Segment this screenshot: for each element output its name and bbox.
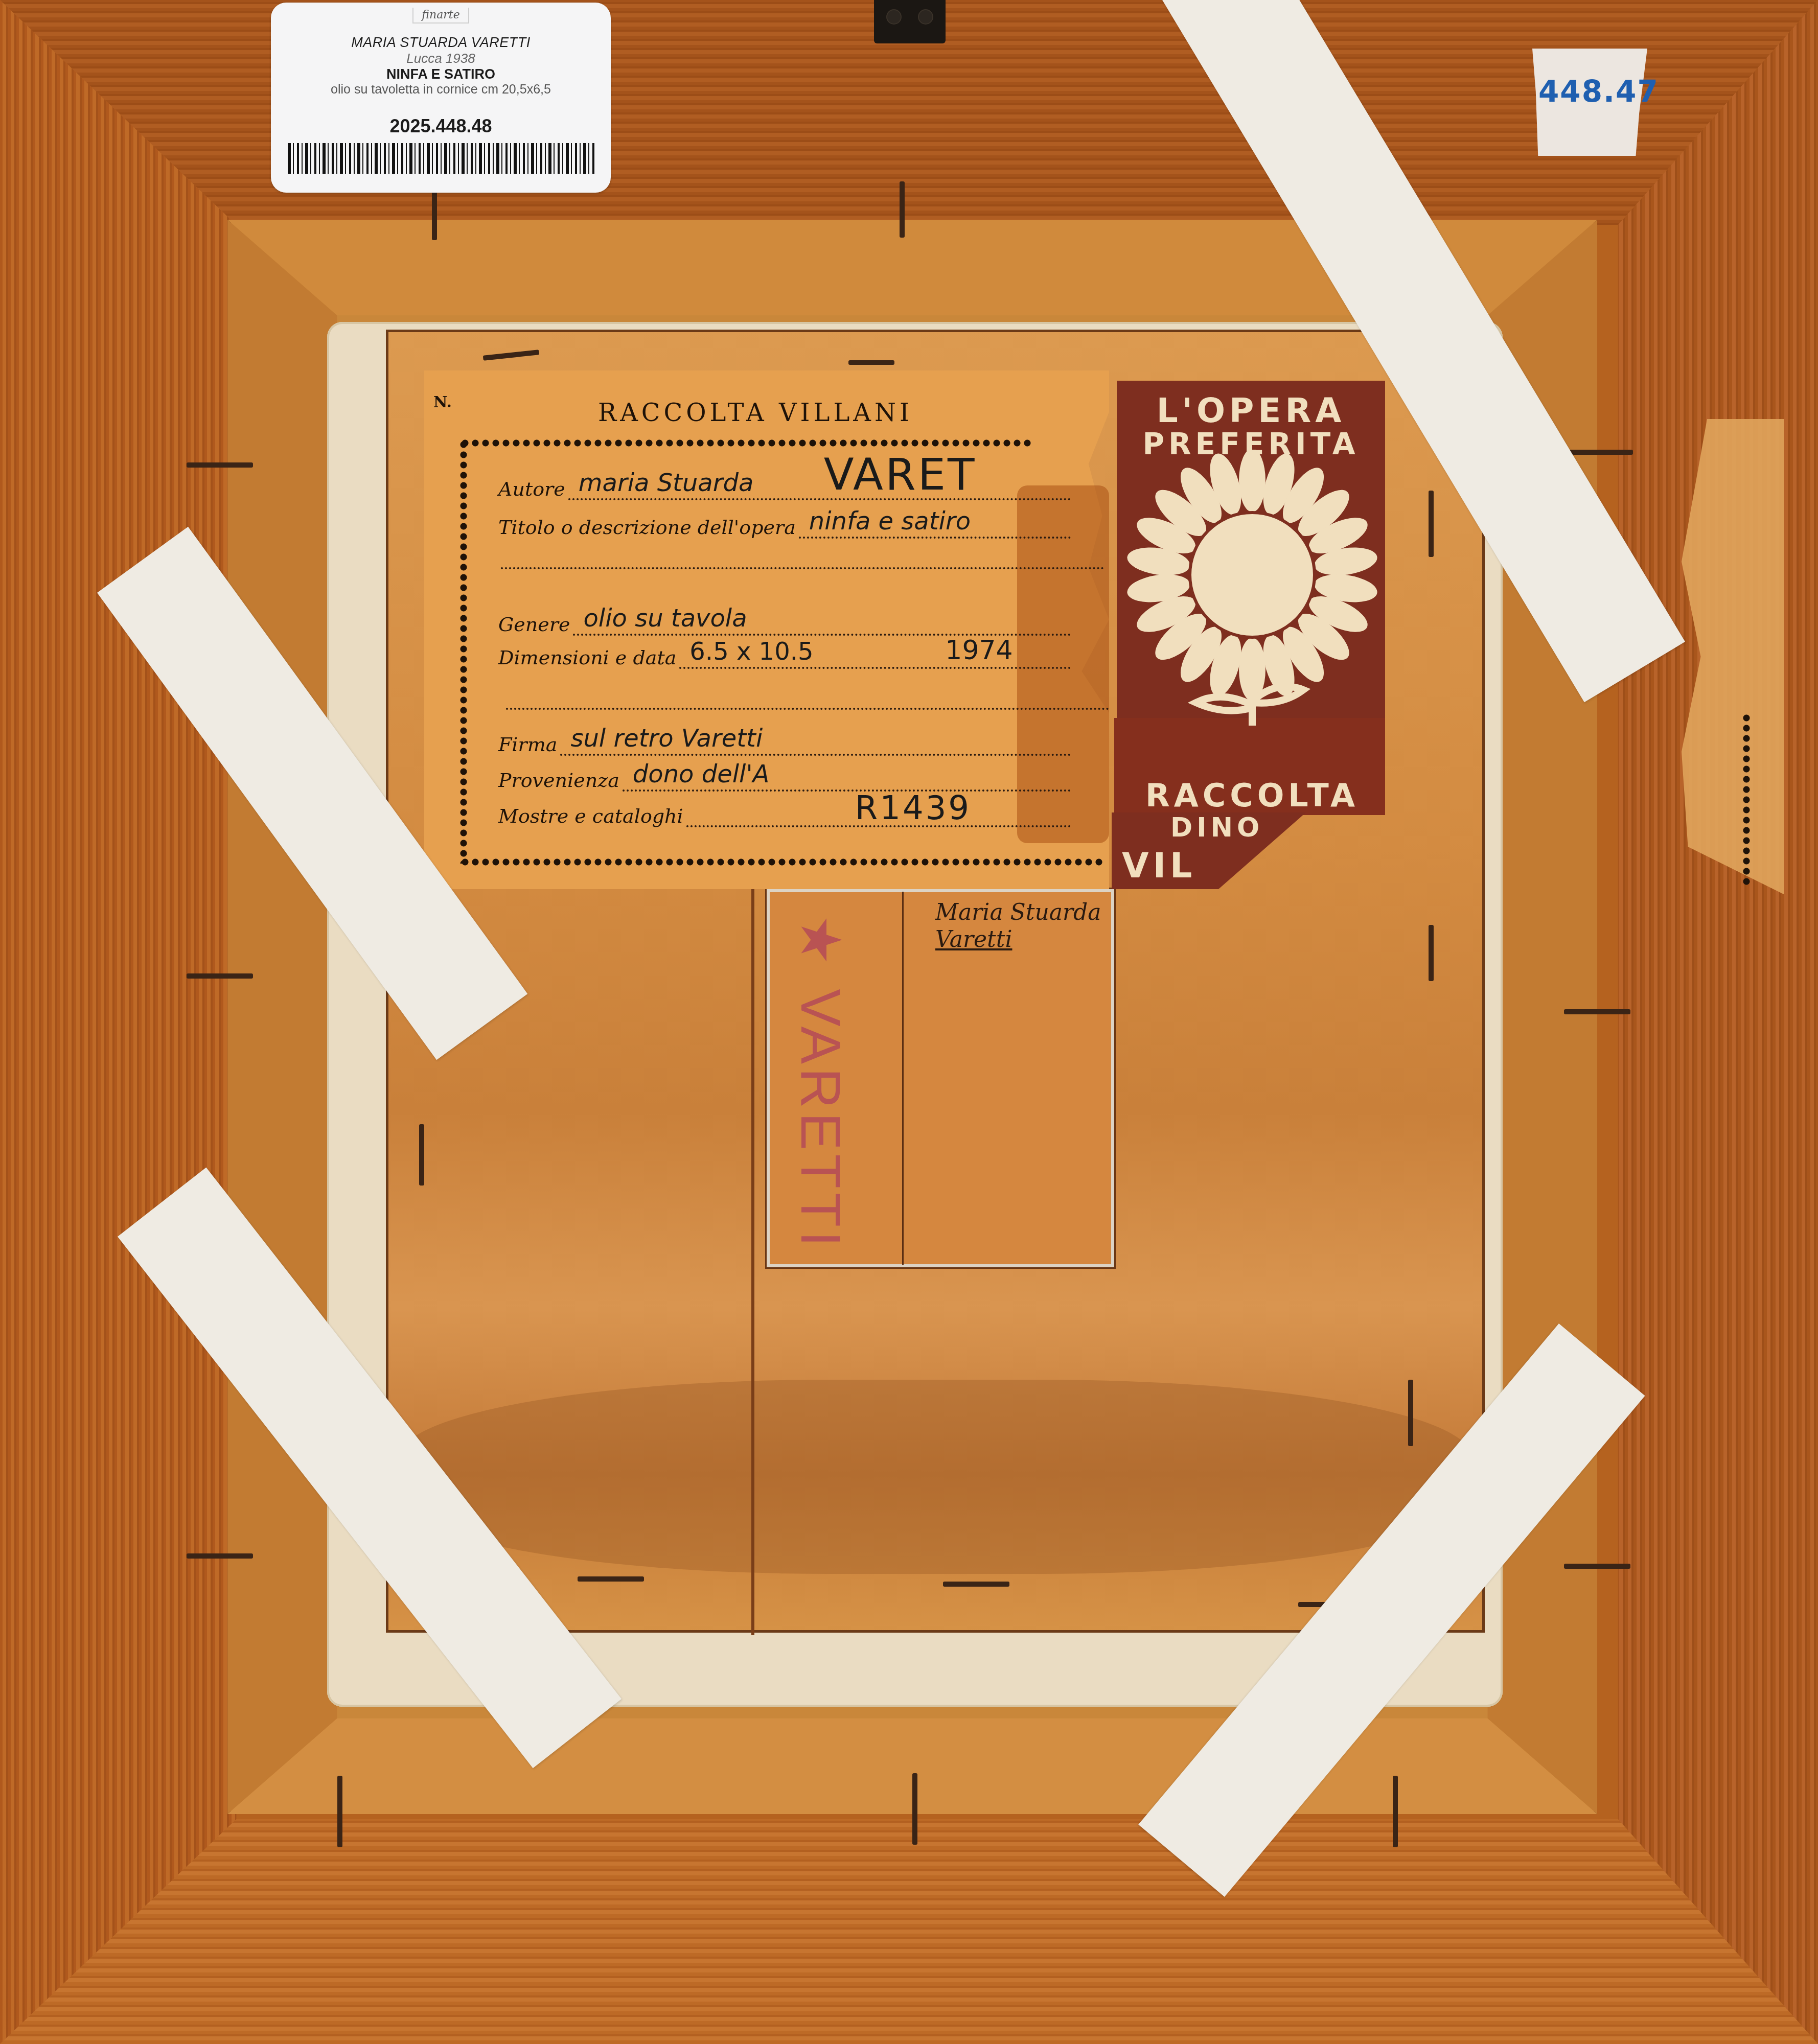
field-extra: 1974 (945, 635, 1012, 666)
field-label: Firma (498, 733, 557, 756)
field-extra: R1439 (855, 789, 971, 827)
field-mostre: Mostre e cataloghi R1439 (498, 805, 1071, 827)
card-heading: RACCOLTA VILLANI (598, 399, 913, 427)
field-extra: VARET (824, 449, 977, 500)
field-label: Titolo o descrizione dell'opera (498, 516, 796, 539)
auction-house-logo: finarte (412, 8, 469, 24)
nail (1408, 1380, 1413, 1446)
nail (337, 1776, 342, 1847)
signature-line-1: Maria Stuarda (935, 899, 1101, 926)
card-dotted-border-left (460, 439, 467, 864)
nail (1564, 1564, 1630, 1569)
sunflower-icon (1119, 450, 1385, 736)
place-year: Lucca 1938 (271, 51, 611, 66)
lot-number: 2025.448.48 (271, 115, 611, 137)
card-number-prefix: N. (433, 393, 452, 411)
favorite-line-5: VIL (1122, 846, 1196, 886)
signature-line-2: Varetti (935, 926, 1101, 954)
nail (912, 1773, 917, 1845)
field-value: 6.5 x 10.5 (689, 637, 813, 666)
nail (419, 1124, 424, 1186)
field-autore: Autore maria Stuarda VARET (498, 478, 1071, 500)
nail (578, 1576, 644, 1582)
field-value: ninfa e satiro (809, 507, 971, 536)
favorite-line-4: DINO (1170, 812, 1263, 843)
field-dimensioni: Dimensioni e data 6.5 x 10.5 1974 (498, 646, 1071, 669)
favorite-line-1: L'OPERA (1122, 391, 1380, 430)
field-value: olio su tavola (583, 604, 747, 633)
card-dotted-border-bottom (460, 858, 1104, 866)
field-value: sul retro Varetti (570, 724, 763, 753)
field-provenienza: Provenienza dono dell'A (498, 769, 1071, 792)
card-dotted-border-top (460, 439, 1032, 447)
nail (187, 1553, 253, 1559)
field-label: Mostre e cataloghi (498, 805, 683, 827)
field-label: Dimensioni e data (498, 646, 676, 669)
panel-stain (399, 1380, 1472, 1574)
field-label: Genere (498, 613, 570, 636)
technique: olio su tavoletta in cornice cm 20,5x6,5 (271, 82, 611, 97)
nail (1567, 450, 1633, 455)
artist-name: MARIA STUARDA VARETTI (271, 35, 611, 51)
panel-seam (751, 869, 754, 1635)
nail (900, 181, 905, 238)
field-value: maria Stuarda (579, 469, 754, 497)
hanging-bracket-icon (874, 0, 946, 43)
field-label: Autore (498, 478, 565, 500)
nail (848, 360, 894, 365)
nail (1429, 925, 1434, 981)
remnant-dotted-border (1743, 713, 1750, 887)
card-blank-line (506, 708, 1109, 710)
panel-signature: Maria Stuarda Varetti (935, 899, 1101, 954)
nail (1393, 1776, 1398, 1847)
nail (943, 1582, 1009, 1587)
field-firma: Firma sul retro Varetti (498, 733, 1071, 756)
nail (1429, 491, 1434, 557)
red-crayon-inscription: ★ VARETTI (788, 915, 854, 1251)
favorite-line-3: RACCOLTA (1117, 777, 1388, 814)
nail (1564, 1009, 1630, 1014)
field-value: dono dell'A (633, 760, 770, 788)
card-blank-line (501, 567, 1104, 569)
panel-window-seam (902, 892, 904, 1265)
nail (187, 973, 253, 979)
field-genere: Genere olio su tavola (498, 613, 1071, 636)
barcode-icon (288, 143, 594, 174)
artwork-title: NINFA E SATIRO (271, 66, 611, 82)
auction-label: finarte MARIA STUARDA VARETTI Lucca 1938… (271, 3, 611, 193)
field-label: Provenienza (498, 769, 619, 792)
inventory-number: 448.47 (1538, 74, 1641, 109)
nail (187, 462, 253, 468)
field-titolo: Titolo o descrizione dell'opera ninfa e … (498, 516, 1071, 539)
